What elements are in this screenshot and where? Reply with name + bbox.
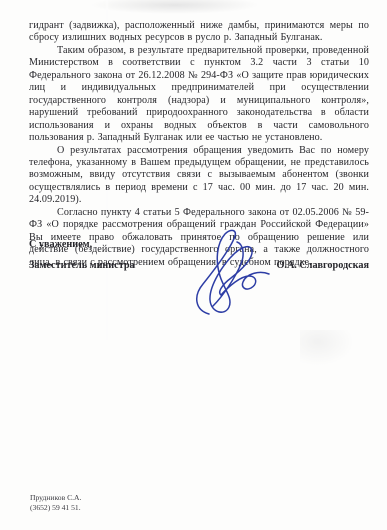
scanned-letter-page: гидрант (задвижка), расположенный ниже д… bbox=[0, 0, 387, 530]
paragraph-inspection-result: Таким образом, в результате предваритель… bbox=[29, 45, 369, 145]
letter-body: гидрант (задвижка), расположенный ниже д… bbox=[29, 20, 369, 269]
scan-smudge-artifact bbox=[90, 0, 260, 14]
signer-title: Заместитель министра bbox=[29, 260, 135, 272]
letter-closing: С уважением, Заместитель министра О.А. С… bbox=[29, 239, 369, 272]
executor-phone: (3652) 59 41 51. bbox=[30, 503, 81, 513]
executor-footer: Прудников С.А. (3652) 59 41 51. bbox=[30, 493, 81, 512]
signature-row: Заместитель министра О.А. Славгородская bbox=[29, 260, 369, 272]
signer-name: О.А. Славгородская bbox=[276, 260, 369, 272]
executor-name: Прудников С.А. bbox=[30, 493, 81, 503]
paragraph-phone-notification: О результатах рассмотрения обращения уве… bbox=[29, 145, 369, 207]
paragraph-continuation: гидрант (задвижка), расположенный ниже д… bbox=[29, 20, 369, 45]
salutation: С уважением, bbox=[29, 239, 369, 251]
scan-speckle-artifact bbox=[300, 330, 360, 370]
